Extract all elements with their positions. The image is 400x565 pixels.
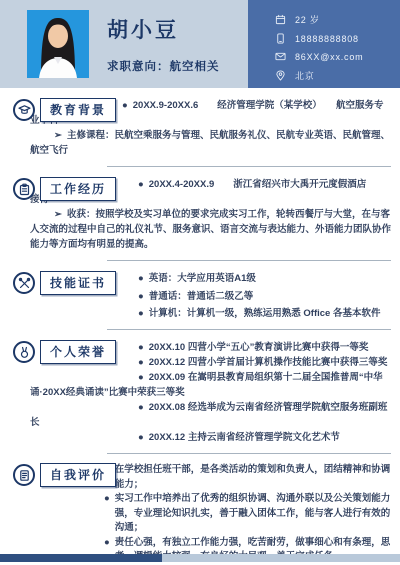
graduation-cap-icon <box>13 99 35 121</box>
work-gains: ➢收获：按照学校及实习单位的要求完成实习工作，轮转西餐厅与大堂，在与客人交流的过… <box>30 207 392 252</box>
section-header-work: 工作经历 <box>13 177 116 201</box>
bullet-marker: ● <box>138 357 144 368</box>
section-title-honors: 个人荣誉 <box>40 340 116 364</box>
section-honors: 个人荣誉 ●20XX.10 四营小学“五心”教育演讲比赛中获得一等奖 ●20XX… <box>0 340 400 454</box>
phone-value: 18888888808 <box>295 34 359 44</box>
section-title-skills: 技能证书 <box>40 271 116 295</box>
skill-item: ●计算机：计算机一级，熟练运用熟悉 Office 各基本软件 <box>30 306 392 321</box>
footer-bars <box>0 554 400 562</box>
location-value: 北京 <box>295 69 315 82</box>
education-courses: ➢主修课程：民航空乘服务与管理、民航服务礼仪、民航专业英语、民航管理、航空飞行 <box>30 128 392 158</box>
contact-panel: 22 岁 18888888808 86XX@xx.com 北京 <box>248 0 400 88</box>
section-education: 教育背景 ●20XX.9-20XX.6 经济管理学院（某学校） 航空服务专业本科… <box>0 98 400 167</box>
contact-location-row: 北京 <box>275 69 394 82</box>
honor-item-text: 20XX.08 经选举成为云南省经济管理学院航空服务班副班长 <box>30 402 387 428</box>
section-header-evaluation: 自我评价 <box>13 463 116 487</box>
honor-item-text: 20XX.10 四营小学“五心”教育演讲比赛中获得一等奖 <box>149 342 369 353</box>
contact-age-row: 22 岁 <box>275 13 394 26</box>
section-divider <box>107 166 391 167</box>
bullet-marker: ● <box>138 402 144 413</box>
bullet-marker: ● <box>104 492 110 536</box>
section-divider <box>107 453 391 454</box>
section-divider <box>107 329 391 330</box>
section-header-honors: 个人荣誉 <box>13 340 116 364</box>
location-pin-icon <box>275 70 286 81</box>
contact-email-row: 86XX@xx.com <box>275 51 394 62</box>
medal-icon <box>13 341 35 363</box>
section-skills: 技能证书 ●英语：大学应用英语A1级 ●普通话：普通话二级乙等 ●计算机：计算机… <box>0 271 400 330</box>
section-header-skills: 技能证书 <box>13 271 116 295</box>
bullet-marker: ● <box>138 372 144 383</box>
resume-page: 胡小豆 求职意向：航空相关 22 岁 18888888808 <box>0 0 400 565</box>
footer-bar-light <box>162 554 400 562</box>
job-intent: 求职意向：航空相关 <box>107 58 220 74</box>
candidate-name: 胡小豆 <box>107 14 220 44</box>
calendar-icon <box>275 14 286 25</box>
honor-item: ●20XX.12 主持云南省经济管理学院文化艺术节 <box>30 430 392 445</box>
work-gains-text: 收获：按照学校及实习单位的要求完成实习工作，轮转西餐厅与大堂，在与客人交流的过程… <box>30 209 391 250</box>
section-title-evaluation: 自我评价 <box>40 463 116 487</box>
section-title-work: 工作经历 <box>40 177 116 201</box>
bullet-marker: ● <box>122 100 128 111</box>
skill-item-text: 计算机：计算机一级，熟练运用熟悉 Office 各基本软件 <box>149 308 381 319</box>
arrow-marker: ➢ <box>54 209 62 220</box>
honor-item: ●20XX.09 在嵩明县教育局组织第十二届全国推普周“中华诵·20XX经典诵读… <box>30 370 392 400</box>
evaluation-item-text: 实习工作中培养出了优秀的组织协调、沟通外联以及公关策划能力强，专业理论知识扎实，… <box>115 492 392 536</box>
footer-bar-dark <box>0 554 162 562</box>
honor-item-text: 20XX.12 主持云南省经济管理学院文化艺术节 <box>149 432 340 443</box>
section-divider <box>107 260 391 261</box>
age-value: 22 岁 <box>295 13 320 26</box>
email-value: 86XX@xx.com <box>295 52 363 62</box>
evaluation-item: ●在学校担任班干部，是各类活动的策划和负责人，团结精神和协调能力； <box>104 463 392 492</box>
evaluation-item-text: 在学校担任班干部，是各类活动的策划和负责人，团结精神和协调能力； <box>115 463 392 492</box>
bullet-marker: ● <box>138 342 144 353</box>
skill-item-text: 英语：大学应用英语A1级 <box>149 273 256 284</box>
resume-body: 教育背景 ●20XX.9-20XX.6 经济管理学院（某学校） 航空服务专业本科… <box>0 88 400 565</box>
header-identity: 胡小豆 求职意向：航空相关 <box>0 0 248 88</box>
section-work: 工作经历 ●20XX.4-20XX.9 浙江省绍兴市大禹开元度假酒店 接待 ➢收… <box>0 177 400 261</box>
bullet-marker: ● <box>138 432 144 443</box>
honor-item-text: 20XX.12 四营小学首届计算机操作技能比赛中获得三等奖 <box>149 357 388 368</box>
name-block: 胡小豆 求职意向：航空相关 <box>107 14 220 74</box>
bullet-marker: ● <box>138 308 144 319</box>
profile-photo <box>27 10 89 78</box>
evaluation-item: ●实习工作中培养出了优秀的组织协调、沟通外联以及公关策划能力强，专业理论知识扎实… <box>104 492 392 536</box>
section-title-education: 教育背景 <box>40 98 116 122</box>
section-header-education: 教育背景 <box>13 98 116 122</box>
email-icon <box>275 51 286 62</box>
bullet-marker: ● <box>138 179 144 190</box>
arrow-marker: ➢ <box>54 130 62 141</box>
resume-header: 胡小豆 求职意向：航空相关 22 岁 18888888808 <box>0 0 400 88</box>
skill-item-text: 普通话：普通话二级乙等 <box>149 291 254 302</box>
document-icon <box>13 464 35 486</box>
section-evaluation: 自我评价 ●在学校担任班干部，是各类活动的策划和负责人，团结精神和协调能力； ●… <box>0 463 400 565</box>
contact-phone-row: 18888888808 <box>275 33 394 44</box>
education-courses-text: 主修课程：民航空乘服务与管理、民航服务礼仪、民航专业英语、民航管理、航空飞行 <box>30 130 390 156</box>
bullet-marker: ● <box>138 273 144 284</box>
crossed-tools-icon <box>13 272 35 294</box>
profile-photo-image <box>27 10 89 78</box>
honor-item: ●20XX.08 经选举成为云南省经济管理学院航空服务班副班长 <box>30 400 392 430</box>
clipboard-icon <box>13 178 35 200</box>
phone-icon <box>275 33 286 44</box>
honor-item-text: 20XX.09 在嵩明县教育局组织第十二届全国推普周“中华诵·20XX经典诵读”… <box>30 372 383 398</box>
bullet-marker: ● <box>138 291 144 302</box>
